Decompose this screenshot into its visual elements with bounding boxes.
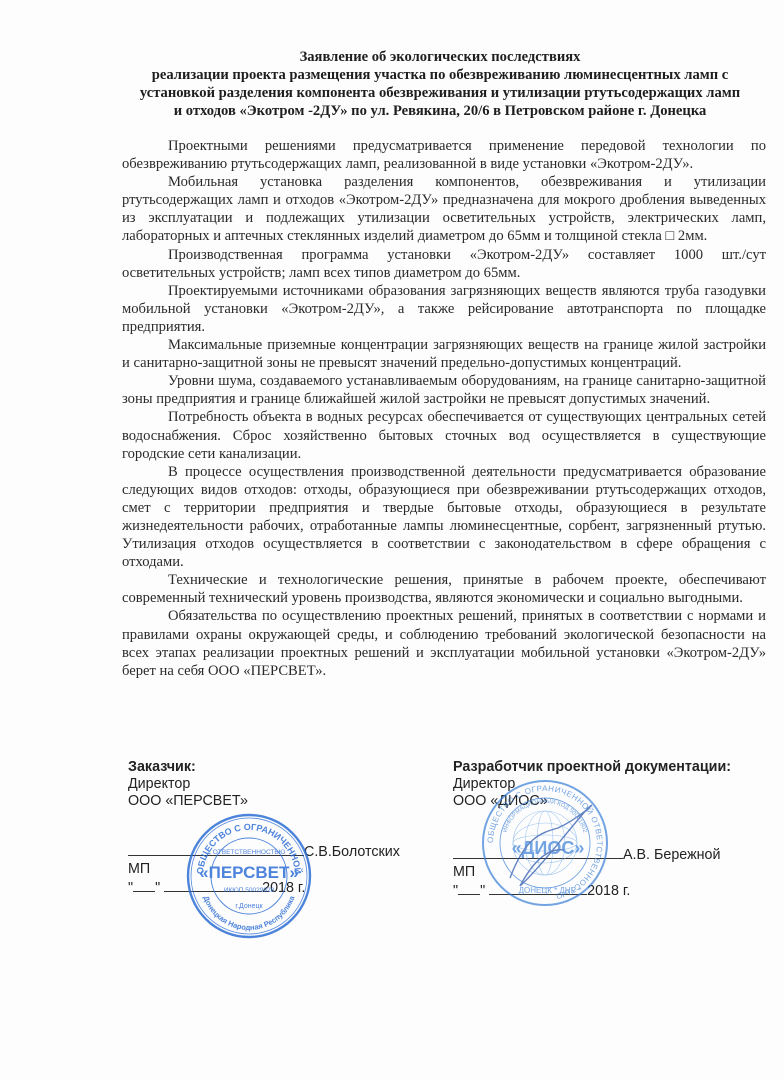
paragraph: Уровни шума, создаваемого устанавливаемы…: [122, 372, 766, 408]
persvet-company-stamp: ОБЩЕСТВО С ОГРАНИЧЕННОЙ Донецкая Народна…: [185, 812, 313, 940]
paragraph: Проектными решениями предусматривается п…: [122, 137, 766, 173]
svg-text:ОТВЕТСТВЕННОСТЬЮ: ОТВЕТСТВЕННОСТЬЮ: [213, 849, 286, 856]
stamp-icon: ОБЩЕСТВО С ОГРАНИЧЕННОЙ ОТВЕТСТВЕННОСТЬЮ…: [480, 778, 610, 908]
svg-text:ДОНЕЦК * ДНР *: ДОНЕЦК * ДНР *: [519, 886, 582, 895]
svg-text:«ПЕРСВЕТ»: «ПЕРСВЕТ»: [199, 863, 299, 882]
paragraph: Обязательства по осуществлению проектных…: [122, 607, 766, 679]
paragraph: В процессе осуществления производственно…: [122, 463, 766, 572]
paragraph: Потребность объекта в водных ресурсах об…: [122, 408, 766, 462]
paragraph: Максимальные приземные концентрации загр…: [122, 336, 766, 372]
title-line: реализации проекта размещения участка по…: [100, 66, 780, 84]
customer-company: ООО «ПЕРСВЕТ»: [128, 793, 448, 810]
dios-company-stamp: ОБЩЕСТВО С ОГРАНИЧЕННОЙ ОТВЕТСТВЕННОСТЬЮ…: [480, 778, 610, 908]
svg-text:г.Донецк: г.Донецк: [235, 903, 263, 910]
day-line: [133, 878, 155, 892]
developer-signer-name: А.В. Бережной: [623, 847, 720, 863]
customer-signature-block: Заказчик: Директор ООО «ПЕРСВЕТ»: [128, 759, 448, 810]
svg-text:ИКЮП 50029828: ИКЮП 50029828: [224, 887, 275, 894]
day-line: [458, 881, 480, 895]
paragraph: Мобильная установка разделения компонент…: [122, 173, 766, 245]
paragraph: Технические и технологические решения, п…: [122, 571, 766, 607]
title-line: Заявление об экологических последствиях: [100, 48, 780, 66]
stamp-icon: ОБЩЕСТВО С ОГРАНИЧЕННОЙ Донецкая Народна…: [185, 812, 313, 940]
customer-heading: Заказчик:: [128, 759, 448, 776]
customer-signer-name: С.В.Болотских: [304, 844, 400, 860]
document-title: Заявление об экологических последствиях …: [100, 48, 780, 120]
title-line: и отходов «Экотром -2ДУ» по ул. Ревякина…: [100, 102, 780, 120]
svg-text:ИНФОРМАЦИОННЫЙ КОД 50001802: ИНФОРМАЦИОННЫЙ КОД 50001802: [502, 797, 587, 833]
title-line: установкой разделения компонента обезвре…: [100, 84, 780, 102]
paragraph: Проектируемыми источниками образования з…: [122, 282, 766, 336]
quote-mark: ": [155, 880, 160, 896]
document-body: Проектными решениями предусматривается п…: [122, 137, 766, 680]
developer-heading: Разработчик проектной документации:: [453, 759, 773, 776]
paragraph: Производственная программа установки «Эк…: [122, 246, 766, 282]
customer-position: Директор: [128, 776, 448, 793]
